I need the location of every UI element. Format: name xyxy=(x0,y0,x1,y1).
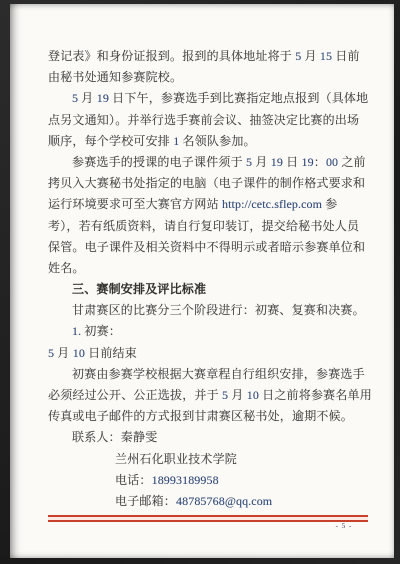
latin-text: 48785768@qq.com xyxy=(176,494,272,508)
cjk-text: 参赛选手的授课的电子课件须于 xyxy=(72,155,246,169)
cjk-text: 日 xyxy=(283,155,302,169)
scan-background: 登记表》和身份证报到。报到的具体地址将于 5 月 15 日前由秘书处通知参赛院校… xyxy=(0,0,400,564)
latin-text: 15 xyxy=(320,49,332,63)
cjk-text: 顺序，每个学校可安排 xyxy=(48,134,173,148)
text-line: 5 月 19 日下午，参赛选手到比赛指定地点报到（具体地 xyxy=(48,88,362,109)
text-line: 联系人：秦静雯 xyxy=(48,427,362,448)
cjk-text: ： xyxy=(314,155,326,169)
latin-text: 19 xyxy=(97,91,109,105)
cjk-text: 月 xyxy=(78,91,97,105)
latin-text: 1. xyxy=(72,324,81,338)
cjk-text: 电子邮箱： xyxy=(115,494,176,508)
text-line: 姓名。 xyxy=(48,258,362,279)
latin-text: 19 xyxy=(271,155,283,169)
page-number: - 5 - xyxy=(324,522,364,531)
cjk-text: 之前 xyxy=(338,155,366,169)
text-line: 初赛由参赛学校根据大赛章程自行组织安排，参赛选手 xyxy=(48,364,362,385)
footer-rule xyxy=(48,515,368,522)
cjk-text: 姓名。 xyxy=(48,261,85,275)
cjk-text: 点另文通知）。并举行选手赛前会议、抽签决定比赛的出场 xyxy=(48,113,359,127)
cjk-text: 联系人：秦静雯 xyxy=(72,430,157,444)
text-line: 1. 初赛： xyxy=(48,321,362,342)
cjk-text: 兰州石化职业技术学院 xyxy=(115,452,237,466)
cjk-text: 甘肃赛区的比赛分三个阶段进行：初赛、复赛和决赛。 xyxy=(72,303,365,317)
text-line: 电子邮箱：48785768@qq.com xyxy=(48,491,362,512)
cjk-text: 参 xyxy=(322,197,337,211)
cjk-text: 初赛： xyxy=(81,324,121,338)
text-line: 保管。电子课件及相关资料中不得明示或者暗示参赛单位和 xyxy=(48,237,362,258)
cjk-text: 必须经过公开、公正选拔，并于 xyxy=(48,388,222,402)
cjk-text: 月 xyxy=(54,346,73,360)
latin-text: 19 xyxy=(302,155,314,169)
cjk-text: 传真或电子邮件的方式报到甘肃赛区秘书处，逾期不候。 xyxy=(48,409,353,423)
latin-text: 18993189958 xyxy=(152,473,219,487)
cjk-text: 月 xyxy=(252,155,271,169)
cjk-text: 考），若有纸质资料，请自行复印装订，提交给秘书处人员 xyxy=(48,219,359,233)
cjk-text: 初赛由参赛学校根据大赛章程自行组织安排，参赛选手 xyxy=(72,367,365,381)
cjk-text: 三、赛制安排及评比标准 xyxy=(72,282,206,296)
text-line: 考），若有纸质资料，请自行复印装订，提交给秘书处人员 xyxy=(48,216,362,237)
cjk-text: 名领队参加。 xyxy=(179,134,255,148)
latin-text: 10 xyxy=(247,388,259,402)
text-line: 兰州石化职业技术学院 xyxy=(48,449,362,470)
cjk-text: 日之前将参赛名单用 xyxy=(259,388,372,402)
text-line: 甘肃赛区的比赛分三个阶段进行：初赛、复赛和决赛。 xyxy=(48,300,362,321)
text-line: 顺序，每个学校可安排 1 名领队参加。 xyxy=(48,131,362,152)
text-line: 传真或电子邮件的方式报到甘肃赛区秘书处，逾期不候。 xyxy=(48,406,362,427)
cjk-text: 拷贝入大赛秘书处指定的电脑（电子课件的制作格式要求和 xyxy=(48,176,365,190)
text-line: 必须经过公开、公正选拔，并于 5 月 10 日之前将参赛名单用 xyxy=(48,385,362,406)
text-line: 三、赛制安排及评比标准 xyxy=(48,279,362,300)
text-line: 由秘书处通知参赛院校。 xyxy=(48,67,362,88)
cjk-text: 保管。电子课件及相关资料中不得明示或者暗示参赛单位和 xyxy=(48,240,365,254)
latin-text: http://cetc.sflep.com xyxy=(222,197,322,211)
latin-text: 00 xyxy=(326,155,338,169)
cjk-text: 登记表》和身份证报到。报到的具体地址将于 xyxy=(48,49,295,63)
text-line: 5 月 10 日前结束 xyxy=(48,343,362,364)
text-line: 电话：18993189958 xyxy=(48,470,362,491)
text-line: 参赛选手的授课的电子课件须于 5 月 19 日 19：00 之前 xyxy=(48,152,362,173)
text-line: 登记表》和身份证报到。报到的具体地址将于 5 月 15 日前 xyxy=(48,46,362,67)
cjk-text: 由秘书处通知参赛院校。 xyxy=(48,70,182,84)
document-page: 登记表》和身份证报到。报到的具体地址将于 5 月 15 日前由秘书处通知参赛院校… xyxy=(10,4,394,558)
text-line: 拷贝入大赛秘书处指定的电脑（电子课件的制作格式要求和 xyxy=(48,173,362,194)
cjk-text: 日前 xyxy=(332,49,360,63)
latin-text: 10 xyxy=(73,346,85,360)
cjk-text: 月 xyxy=(228,388,247,402)
cjk-text: 月 xyxy=(301,49,320,63)
text-line: 运行环境要求可至大赛官方网站 http://cetc.sflep.com 参 xyxy=(48,194,362,215)
cjk-text: 日前结束 xyxy=(85,346,137,360)
cjk-text: 电话： xyxy=(115,473,152,487)
cjk-text: 日下午，参赛选手到比赛指定地点报到（具体地 xyxy=(109,91,368,105)
text-line: 点另文通知）。并举行选手赛前会议、抽签决定比赛的出场 xyxy=(48,110,362,131)
document-body: 登记表》和身份证报到。报到的具体地址将于 5 月 15 日前由秘书处通知参赛院校… xyxy=(48,46,362,512)
cjk-text: 运行环境要求可至大赛官方网站 xyxy=(48,197,222,211)
